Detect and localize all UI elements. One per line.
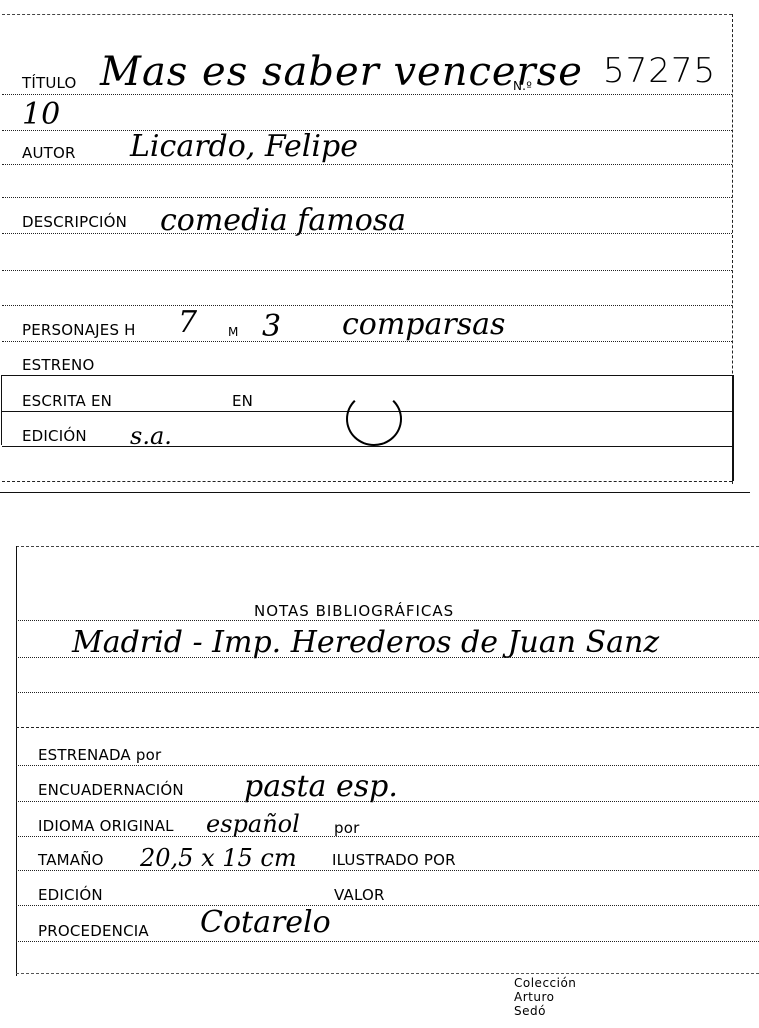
escrita-en-label: ESCRITA EN xyxy=(22,394,112,409)
card-top-edge xyxy=(16,546,759,547)
rule xyxy=(16,727,759,728)
numero-label: N.º xyxy=(513,80,532,92)
rule xyxy=(16,941,759,942)
collection-footer: Colección Arturo Sedó xyxy=(514,976,576,1018)
rule xyxy=(2,481,732,482)
idioma-por-label: por xyxy=(334,821,359,836)
rule xyxy=(16,836,759,837)
edicion-value: s.a. xyxy=(130,424,172,448)
rule xyxy=(16,905,759,906)
estrenada-label: ESTRENADA por xyxy=(38,748,161,763)
descripcion-label: DESCRIPCIÓN xyxy=(22,215,127,230)
card-left-border xyxy=(1,375,2,445)
rule xyxy=(16,870,759,871)
tamano-value: 20,5 x 15 cm xyxy=(140,846,297,870)
notas-heading: NOTAS BIBLIOGRÁFICAS xyxy=(254,604,454,619)
procedencia-label: PROCEDENCIA xyxy=(38,924,149,939)
card-left-border xyxy=(16,546,17,976)
edicion2-label: EDICIÓN xyxy=(38,888,103,903)
personajes-extra-value: comparsas xyxy=(342,310,505,340)
valor-label: VALOR xyxy=(334,888,385,903)
personajes-m-value: 3 xyxy=(262,312,281,342)
descripcion-value: comedia famosa xyxy=(160,206,406,236)
personajes-h-value: 7 xyxy=(178,308,197,338)
rule xyxy=(2,130,732,131)
idioma-value: español xyxy=(206,812,300,836)
rule xyxy=(2,446,732,447)
rule xyxy=(2,164,732,165)
idioma-label: IDIOMA ORIGINAL xyxy=(38,819,174,834)
rule xyxy=(16,801,759,802)
autor-label: AUTOR xyxy=(22,146,76,161)
rule xyxy=(2,197,732,198)
rule xyxy=(16,765,759,766)
notas-value: Madrid - Imp. Herederos de Juan Sanz xyxy=(72,628,659,658)
hole-mark xyxy=(346,392,402,446)
card-top-edge xyxy=(2,14,732,15)
card-bottom-edge xyxy=(0,492,750,493)
card-right-border-solid xyxy=(732,375,734,481)
titulo-label: TÍTULO xyxy=(22,76,77,91)
tomo-value: 10 xyxy=(22,100,60,130)
procedencia-value: Cotarelo xyxy=(200,908,331,938)
rule xyxy=(2,305,732,306)
personajes-m-label: M xyxy=(228,326,239,338)
autor-value: Licardo, Felipe xyxy=(130,132,358,162)
estreno-label: ESTRENO xyxy=(22,358,95,373)
en-label: EN xyxy=(232,394,253,409)
rule xyxy=(16,657,759,658)
personajes-label: PERSONAJES H xyxy=(22,323,136,338)
rule xyxy=(16,620,759,621)
rule xyxy=(2,375,732,376)
ilustrado-label: ILUSTRADO POR xyxy=(332,853,456,868)
tamano-label: TAMAÑO xyxy=(38,853,104,868)
numero-value: 57275 xyxy=(603,54,716,88)
rule xyxy=(2,270,732,271)
encuadernacion-value: pasta esp. xyxy=(244,772,398,802)
titulo-value: Mas es saber vencerse xyxy=(100,52,583,92)
edicion-label: EDICIÓN xyxy=(22,429,87,444)
encuadernacion-label: ENCUADERNACIÓN xyxy=(38,783,184,798)
rule xyxy=(16,692,759,693)
rule xyxy=(16,973,759,974)
